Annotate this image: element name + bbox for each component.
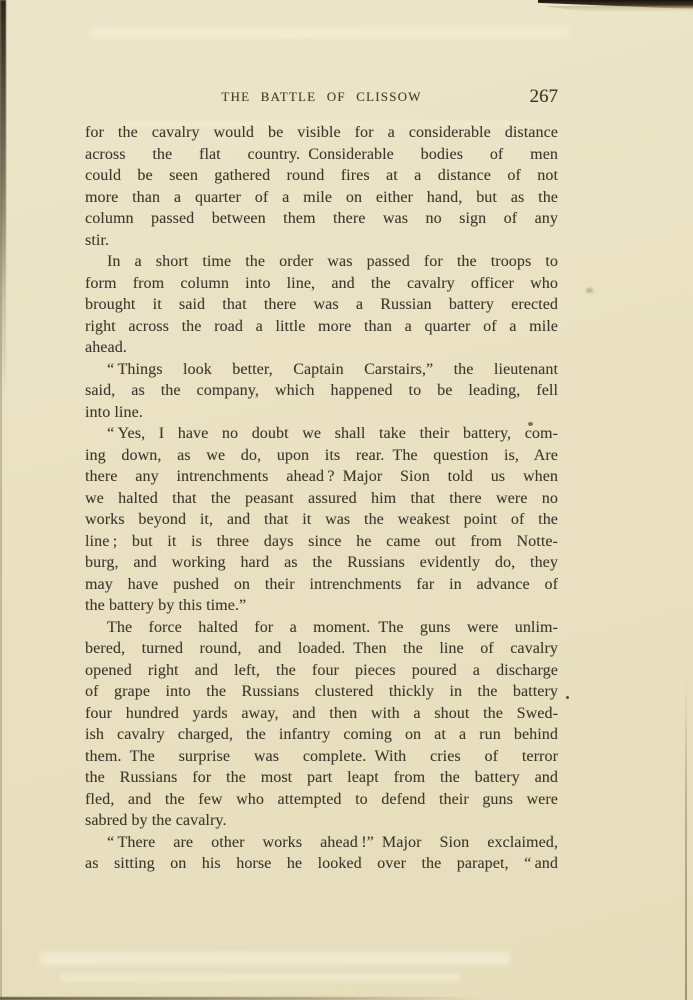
text-line: “ Yes, I have no doubt we shall take the… <box>85 423 558 445</box>
text-line: four hundred yards away, and then with a… <box>85 703 558 725</box>
text-line: ing down, as we do, upon its rear. The q… <box>85 445 558 467</box>
text-line: could be seen gathered round fires at a … <box>85 165 558 187</box>
scan-next-page-edge <box>685 680 687 1000</box>
text-line: ahead. <box>85 337 558 359</box>
text-line: for the cavalry would be visible for a c… <box>85 122 558 144</box>
text-line: stir. <box>85 230 558 252</box>
page-number: 267 <box>530 86 559 108</box>
text-line: may have pushed on their intrenchments f… <box>85 574 558 596</box>
scan-edge-top-right-shadow <box>543 6 693 12</box>
paper-speck <box>566 696 569 699</box>
text-line: bered, turned round, and loaded. Then th… <box>85 638 558 660</box>
text-line: works beyond it, and that it was the wea… <box>85 509 558 531</box>
scan-light-streak <box>40 952 510 965</box>
text-line: said, as the company, which happened to … <box>85 380 558 402</box>
text-line: more than a quarter of a mile on either … <box>85 187 558 209</box>
text-line: across the flat country. Considerable bo… <box>85 144 558 166</box>
text-line: column passed between them there was no … <box>85 208 558 230</box>
paragraph: The force halted for a moment. The guns … <box>85 617 558 832</box>
scan-light-streak <box>60 974 460 982</box>
text-line: line ; but it is three days since he cam… <box>85 531 558 553</box>
text-line: sabred by the cavalry. <box>85 810 558 832</box>
paper-speck <box>586 288 593 293</box>
text-line: form from column into line, and the cava… <box>85 273 558 295</box>
scan-edge-left-line <box>0 0 2 1000</box>
page-header: THE BATTLE OF CLISSOW 267 <box>85 86 558 106</box>
running-title: THE BATTLE OF CLISSOW <box>85 89 558 105</box>
text-line: the battery by this time.” <box>85 595 558 617</box>
text-line: there any intrenchments ahead ? Major Si… <box>85 466 558 488</box>
text-line: of grape into the Russians clustered thi… <box>85 681 558 703</box>
text-line: The force halted for a moment. The guns … <box>85 617 558 639</box>
text-line: them. The surprise was complete. With cr… <box>85 746 558 768</box>
paragraph: for the cavalry would be visible for a c… <box>85 122 558 251</box>
paragraph: “ There are other works ahead !” Major S… <box>85 832 558 875</box>
text-line: we halted that the peasant assured him t… <box>85 488 558 510</box>
text-line: opened right and left, the four pieces p… <box>85 660 558 682</box>
text-line: “ Things look better, Captain Carstairs,… <box>85 359 558 381</box>
text-line: “ There are other works ahead !” Major S… <box>85 832 558 854</box>
text-line: into line. <box>85 402 558 424</box>
paragraph: In a short time the order was passed for… <box>85 251 558 359</box>
scan-light-streak <box>90 28 570 38</box>
text-line: burg, and working hard as the Russians e… <box>85 552 558 574</box>
text-line: In a short time the order was passed for… <box>85 251 558 273</box>
text-line: fled, and the few who attempted to defen… <box>85 789 558 811</box>
paragraph: “ Things look better, Captain Carstairs,… <box>85 359 558 424</box>
text-line: ish cavalry charged, the infantry coming… <box>85 724 558 746</box>
text-line: brought it said that there was a Russian… <box>85 294 558 316</box>
text-line: the Russians for the most part leapt fro… <box>85 767 558 789</box>
text-line: right across the road a little more than… <box>85 316 558 338</box>
book-page-scan: THE BATTLE OF CLISSOW 267 for the cavalr… <box>0 0 693 1000</box>
text-block: for the cavalry would be visible for a c… <box>85 122 558 875</box>
paragraph: “ Yes, I have no doubt we shall take the… <box>85 423 558 617</box>
text-line: as sitting on his horse he looked over t… <box>85 853 558 875</box>
